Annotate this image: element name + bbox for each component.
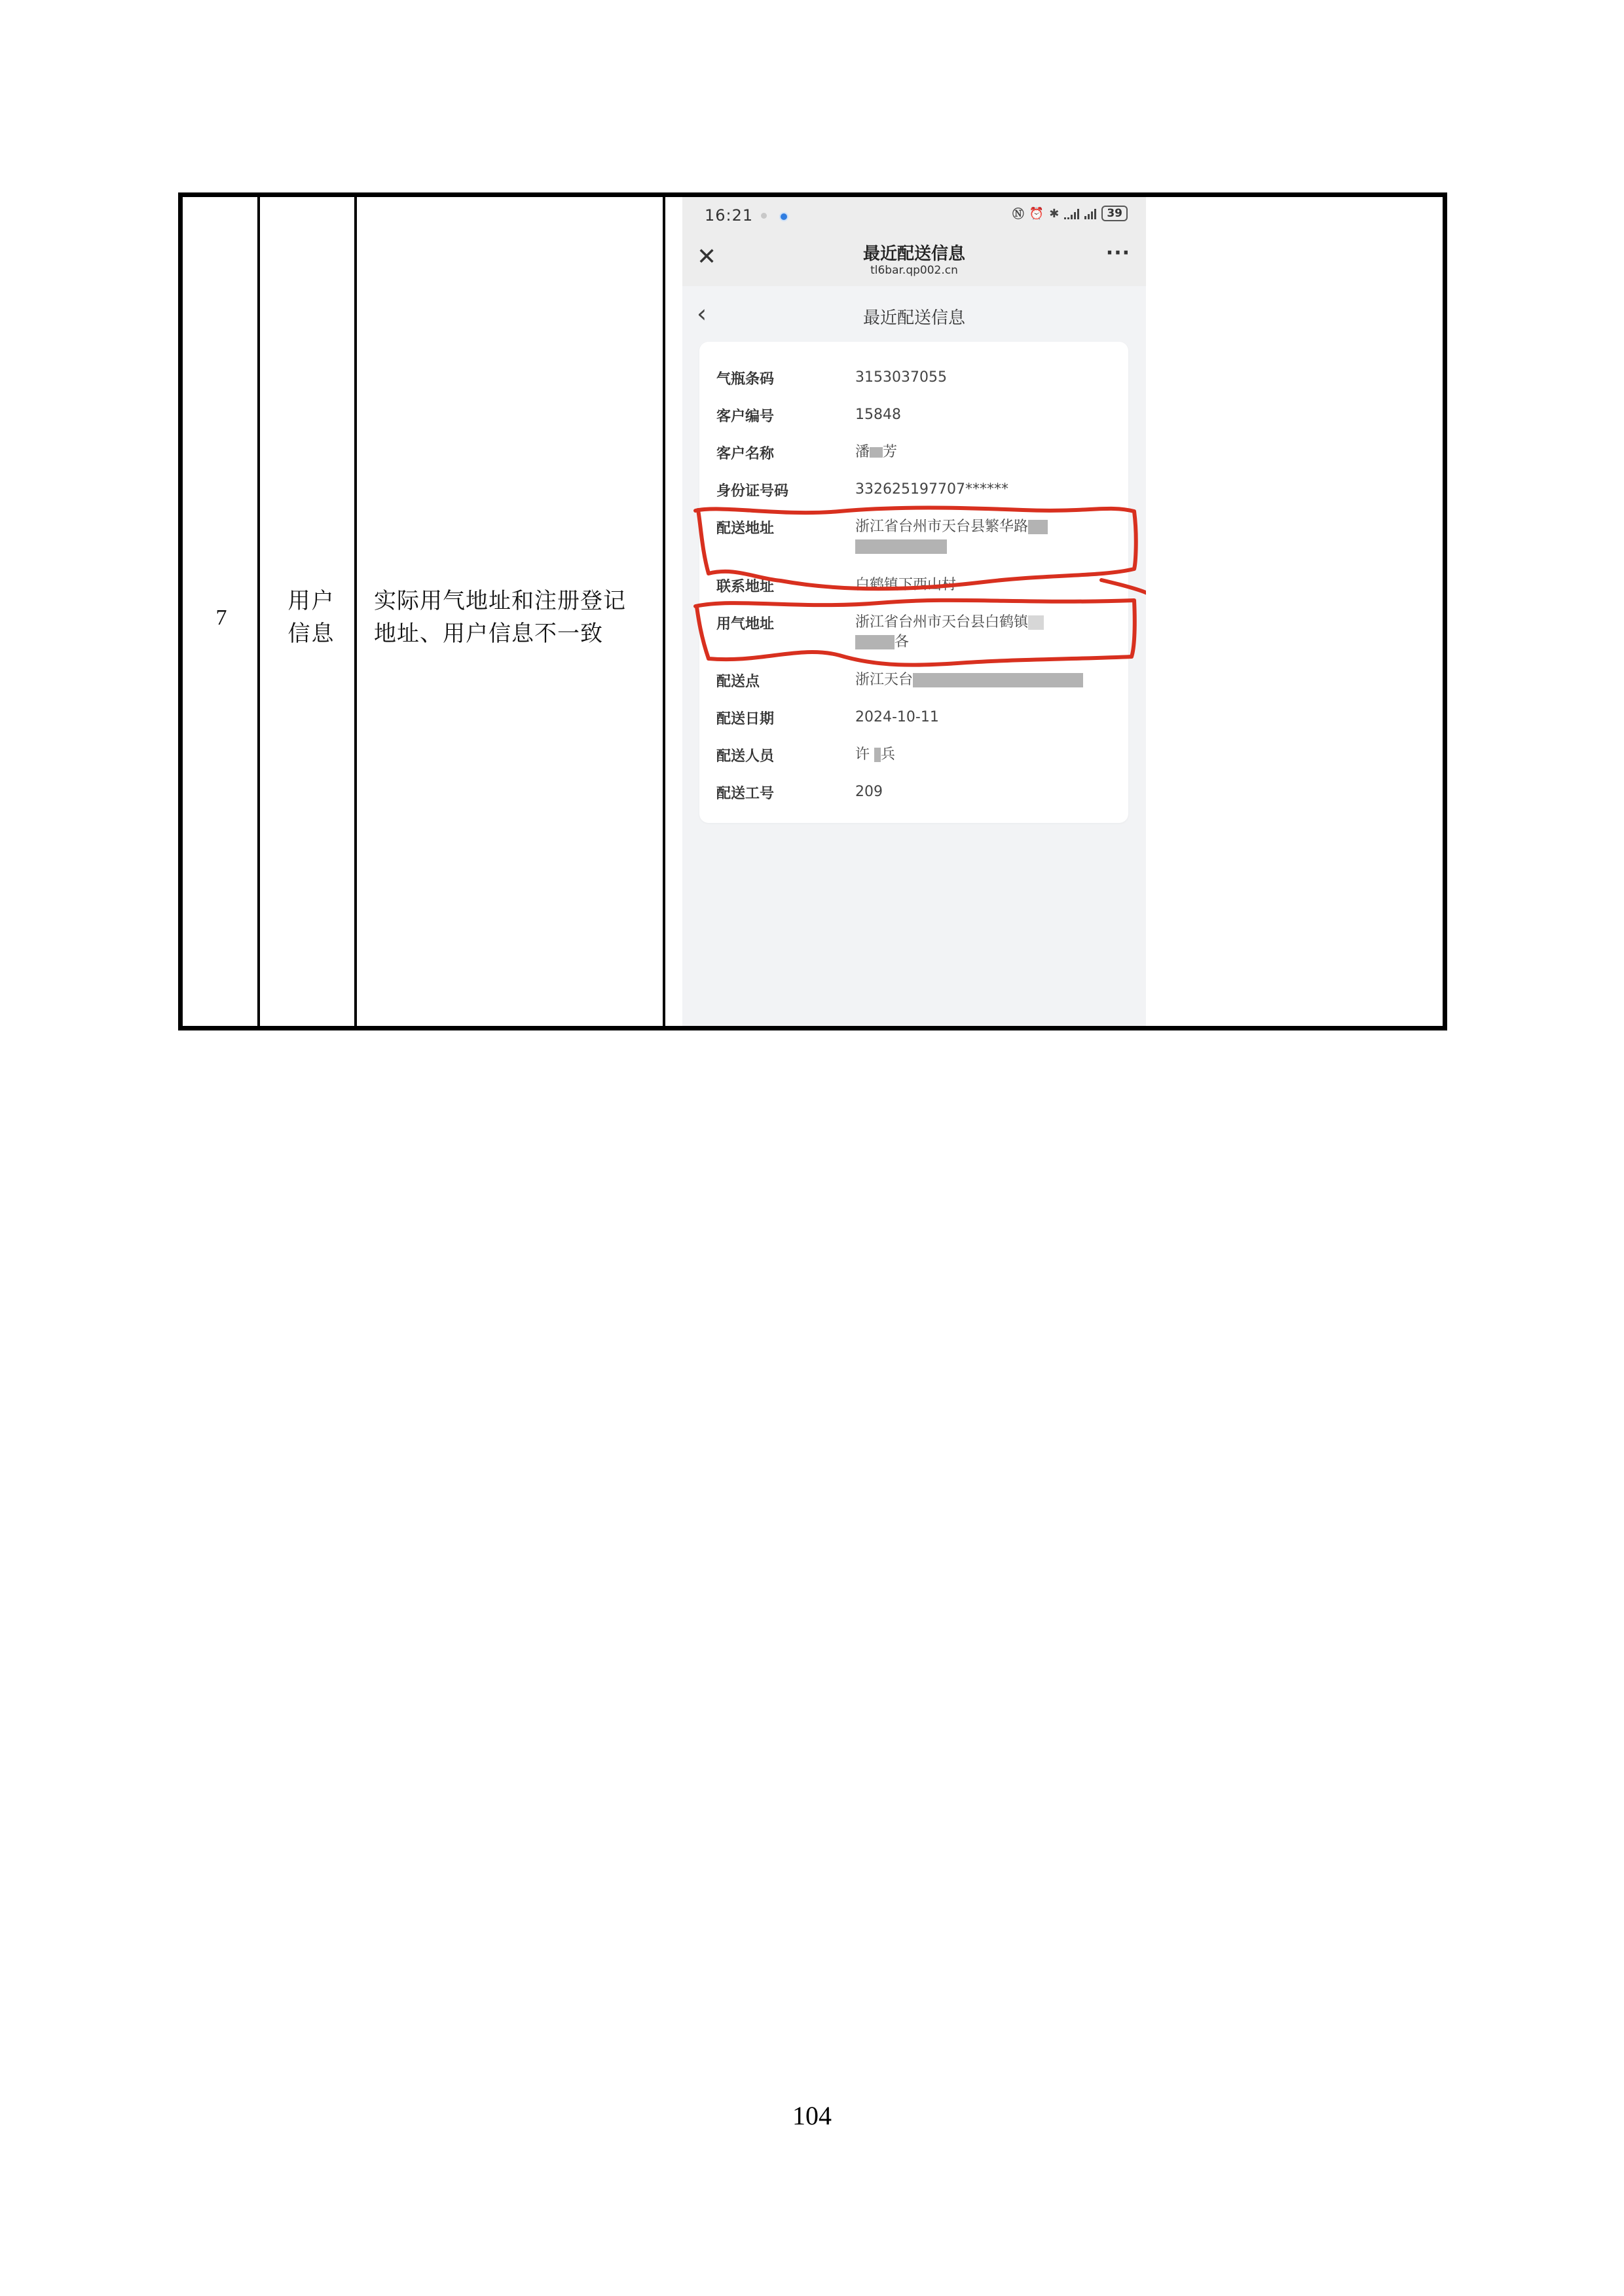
field-value: 209	[855, 782, 1117, 802]
page-title: 最近配送信息	[682, 304, 1146, 329]
field-label: 配送地址	[716, 517, 774, 538]
field-label: 联系地址	[716, 575, 774, 596]
more-icon[interactable]: ···	[1106, 242, 1130, 264]
signal-icon	[1084, 208, 1096, 219]
field-label: 配送日期	[716, 708, 774, 728]
category-line: 信息	[264, 617, 359, 650]
field-label: 客户名称	[716, 443, 774, 463]
field-label: 配送人员	[716, 745, 774, 765]
redaction-block	[855, 539, 947, 554]
bluetooth-icon: ✱	[1049, 207, 1059, 221]
navbar-title: 最近配送信息	[682, 240, 1146, 264]
delivery-info-card: 气瓶条码 3153037055 客户编号 15848 客户名称 潘芳 身份证号码…	[699, 342, 1128, 823]
field-value: 浙江省台州市天台县繁华路	[855, 517, 1117, 556]
name-suffix: 芳	[883, 444, 897, 460]
field-label: 用气地址	[716, 613, 774, 633]
location-dot-icon	[779, 212, 788, 221]
redaction-block	[874, 748, 881, 762]
field-value: 浙江天台	[855, 670, 1117, 690]
browser-navbar: ✕ 最近配送信息 tl6bar.qp002.cn ···	[682, 230, 1146, 286]
field-value: 2024-10-11	[855, 708, 1117, 727]
field-label: 客户编号	[716, 405, 774, 426]
redaction-block	[855, 635, 895, 649]
findings-table: 7 用户 信息 实际用气地址和注册登记 地址、用户信息不一致 16:21 Ⓝ ⏰…	[178, 192, 1447, 1030]
status-icons: Ⓝ ⏰ ✱ 39	[1012, 205, 1128, 222]
name-suffix: 兵	[881, 746, 895, 763]
redaction-block	[1028, 520, 1048, 534]
address-suffix: 各	[895, 634, 909, 650]
name-prefix: 许	[855, 746, 870, 763]
signal-icon	[1064, 208, 1079, 219]
status-bar: 16:21 Ⓝ ⏰ ✱ 39	[682, 197, 1146, 230]
category-line: 用户	[264, 585, 359, 617]
page-number: 104	[0, 2100, 1624, 2131]
field-label: 配送点	[716, 670, 760, 691]
field-label: 身份证号码	[716, 480, 788, 500]
address-text: 浙江省台州市天台县白鹤镇	[855, 614, 1028, 630]
description-line: 地址、用户信息不一致	[374, 617, 662, 650]
field-label: 配送工号	[716, 782, 774, 803]
alarm-icon: ⏰	[1029, 207, 1044, 221]
redaction-block	[913, 673, 1083, 687]
field-value: 许 兵	[855, 745, 1117, 765]
battery-icon: 39	[1101, 206, 1128, 221]
category-cell: 用户 信息	[264, 585, 359, 650]
column-divider	[663, 197, 665, 1026]
row-number: 7	[183, 602, 260, 634]
page-header: ‹ 最近配送信息	[682, 286, 1146, 342]
redaction-block	[870, 447, 883, 458]
status-time: 16:21	[705, 206, 753, 225]
notification-dot-icon	[761, 213, 767, 219]
description-cell: 实际用气地址和注册登记 地址、用户信息不一致	[374, 585, 662, 650]
navbar-url: tl6bar.qp002.cn	[682, 264, 1146, 277]
field-value: 潘芳	[855, 443, 1117, 462]
field-value: 白鹤镇下西山村	[855, 575, 1117, 595]
phone-screenshot: 16:21 Ⓝ ⏰ ✱ 39 ✕ 最近配送信息 tl6bar.qp002.cn …	[682, 197, 1146, 1026]
description-line: 实际用气地址和注册登记	[374, 585, 662, 617]
field-value: 15848	[855, 405, 1117, 425]
redaction-block	[1028, 615, 1044, 630]
field-value: 浙江省台州市天台县白鹤镇各	[855, 613, 1117, 652]
nfc-icon: Ⓝ	[1012, 205, 1024, 222]
station-text: 浙江天台	[855, 672, 913, 688]
address-text: 浙江省台州市天台县繁华路	[855, 519, 1028, 535]
field-label: 气瓶条码	[716, 368, 774, 388]
field-value: 332625197707******	[855, 480, 1117, 500]
field-value: 3153037055	[855, 368, 1117, 388]
name-prefix: 潘	[855, 444, 870, 460]
